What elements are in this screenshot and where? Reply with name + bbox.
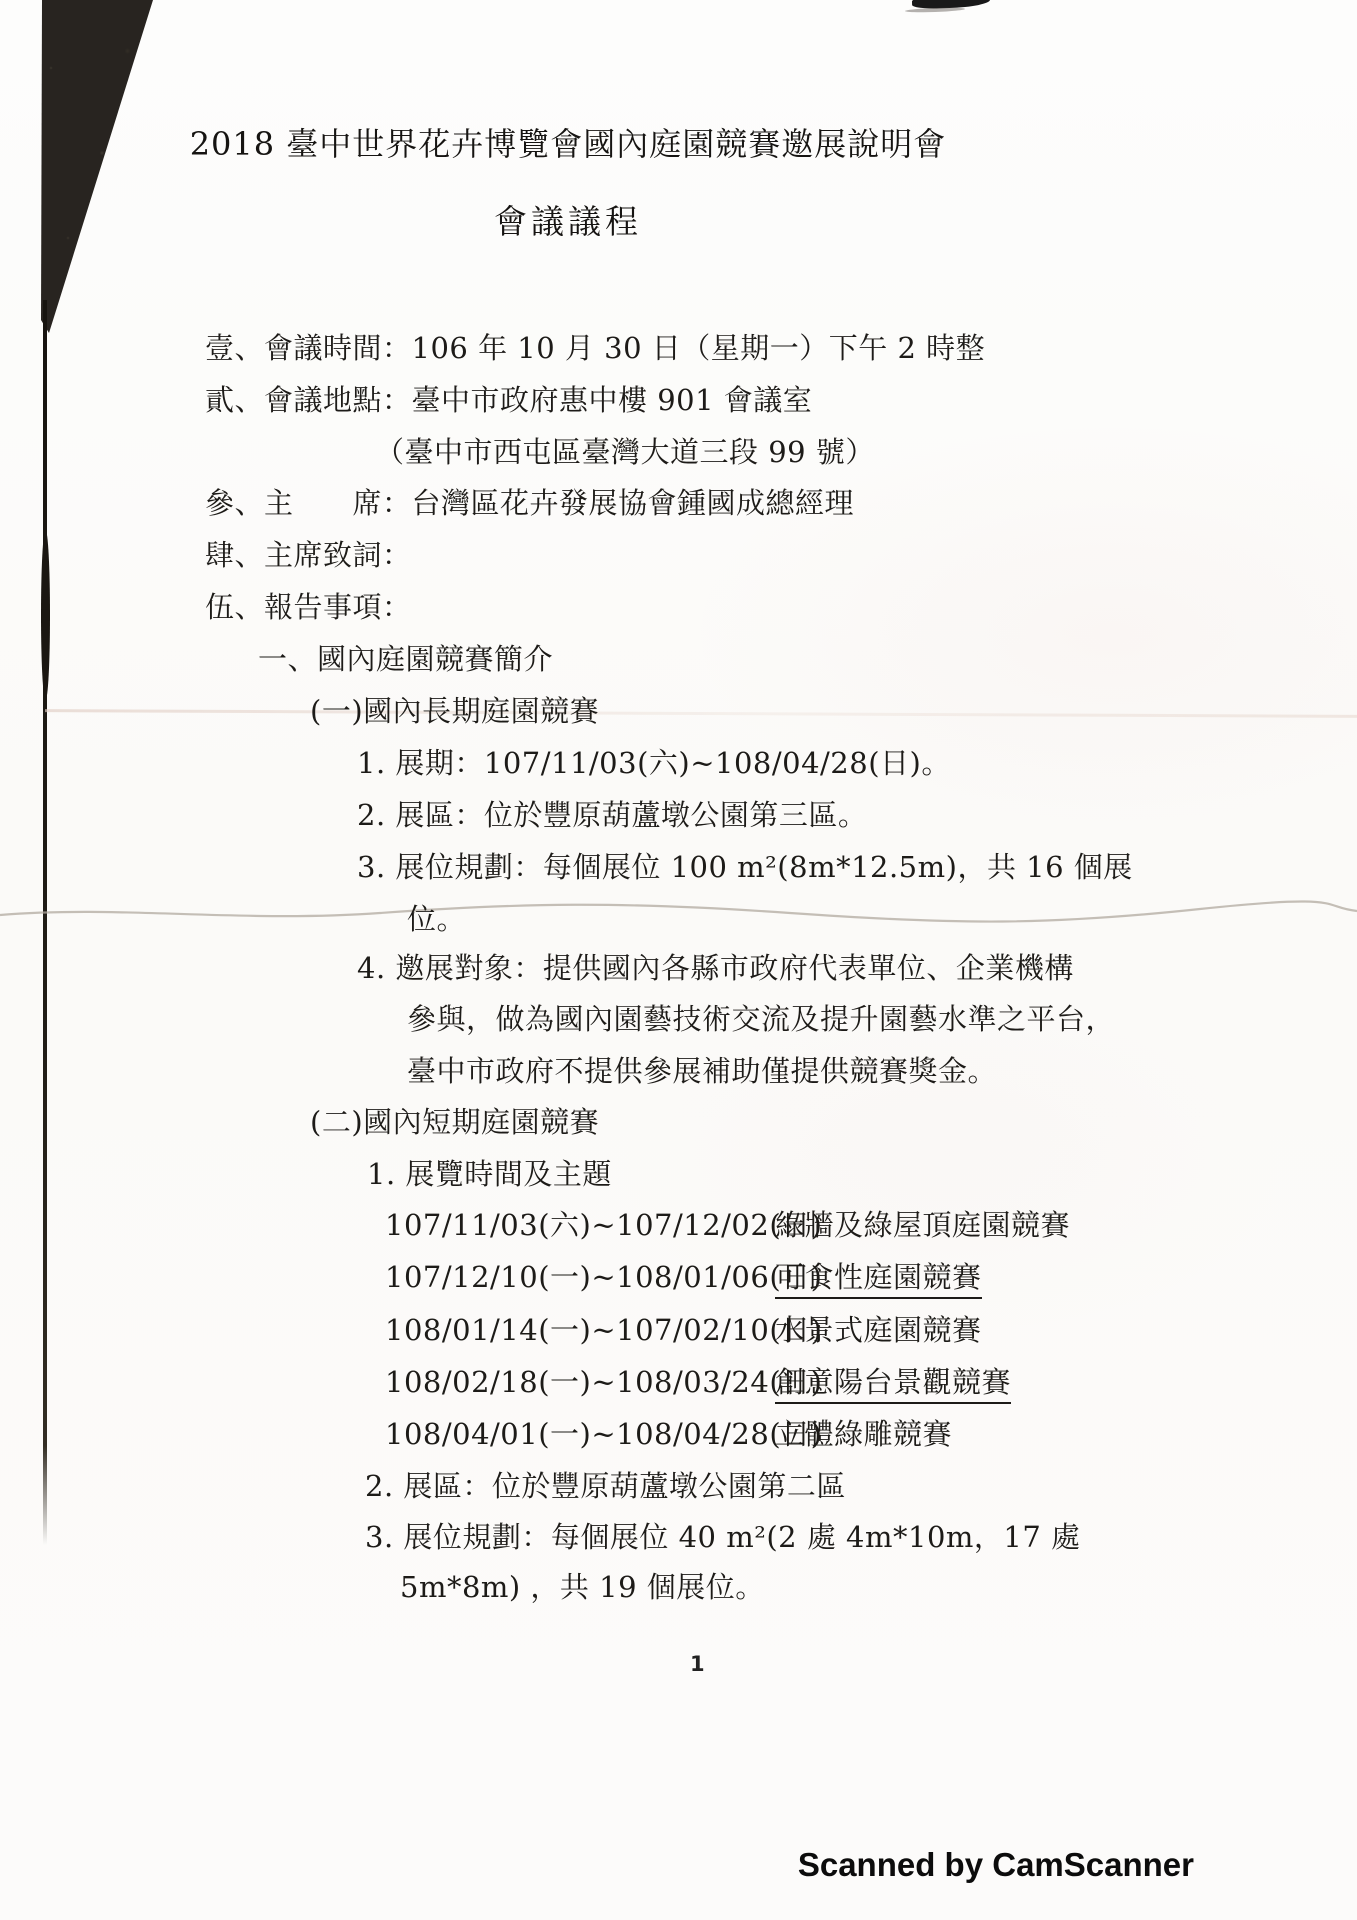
chairman-speech-line: 肆、主席致詞： <box>205 539 412 572</box>
intro-heading: 一、國內庭園競賽簡介 <box>258 643 553 676</box>
scan-corner-shadow <box>0 0 170 340</box>
long-term-invite-line3: 臺中市政府不提供參展補助僅提供競賽獎金。 <box>407 1055 997 1088</box>
long-term-invite-line2: 參與，做為國內園藝技術交流及提升園藝水準之平台， <box>407 1003 1115 1036</box>
schedule-dates: 107/11/03(六)~107/12/02(日) <box>385 1209 775 1242</box>
document-subtitle: 會議議程 <box>0 203 1136 241</box>
short-term-schedule-heading: 1. 展覽時間及主題 <box>367 1158 612 1191</box>
schedule-theme: 水景式庭園競賽 <box>775 1314 982 1347</box>
scanned-document-page: 2018 臺中世界花卉博覽會國內庭園競賽邀展說明會 會議議程 壹、會議時間：10… <box>0 0 1357 1920</box>
scan-left-edge-bulge <box>41 530 50 700</box>
camscanner-watermark: Scanned by CamScanner <box>798 1846 1194 1884</box>
short-term-booth-line2: 5m*8m) ，共 19 個展位。 <box>400 1571 765 1604</box>
long-term-heading: (一)國內長期庭園競賽 <box>310 695 599 728</box>
schedule-dates: 108/04/01(一)~108/04/28(日) <box>385 1418 775 1451</box>
schedule-theme: 綠牆及綠屋頂庭園競賽 <box>775 1209 1070 1242</box>
report-matters-line: 伍、報告事項： <box>205 591 412 624</box>
fold-crease-lower <box>0 893 1357 933</box>
schedule-theme: 立體綠雕競賽 <box>775 1418 952 1451</box>
schedule-dates: 107/12/10(一)~108/01/06(日) <box>385 1261 775 1294</box>
schedule-row: 108/01/14(一)~107/02/10(日)水景式庭園競賽 <box>385 1314 982 1347</box>
short-term-booth-line1: 3. 展位規劃：每個展位 40 m²(2 處 4m*10m，17 處 <box>365 1521 1081 1554</box>
long-term-area-line: 2. 展區：位於豐原葫蘆墩公園第三區。 <box>357 799 867 832</box>
schedule-row: 107/11/03(六)~107/12/02(日)綠牆及綠屋頂庭園競賽 <box>385 1209 1070 1242</box>
meeting-location-line: 貳、會議地點：臺中市政府惠中樓 901 會議室 <box>205 384 812 417</box>
short-term-area-line: 2. 展區：位於豐原葫蘆墩公園第二區 <box>365 1470 846 1503</box>
scan-top-smudge-shadow <box>905 7 965 13</box>
schedule-dates: 108/01/14(一)~107/02/10(日) <box>385 1314 775 1347</box>
schedule-row: 107/12/10(一)~108/01/06(日)可食性庭園競賽 <box>385 1261 982 1299</box>
fold-crease-upper <box>45 709 1357 718</box>
document-title: 2018 臺中世界花卉博覽會國內庭園競賽邀展說明會 <box>0 126 1136 163</box>
schedule-theme-underlined: 可食性庭園競賽 <box>775 1261 982 1299</box>
schedule-row: 108/04/01(一)~108/04/28(日)立體綠雕競賽 <box>385 1418 952 1451</box>
long-term-booth-line2: 位。 <box>407 903 466 936</box>
schedule-row: 108/02/18(一)~108/03/24(日)創意陽台景觀競賽 <box>385 1366 1011 1404</box>
chairman-line: 參、主 席：台灣區花卉發展協會鍾國成總經理 <box>205 487 854 520</box>
meeting-time-line: 壹、會議時間：106 年 10 月 30 日（星期一）下午 2 時整 <box>205 332 985 365</box>
meeting-address-line: （臺中市西屯區臺灣大道三段 99 號） <box>375 436 875 469</box>
schedule-dates: 108/02/18(一)~108/03/24(日) <box>385 1366 775 1399</box>
long-term-period-line: 1. 展期：107/11/03(六)~108/04/28(日)。 <box>357 747 951 780</box>
page-number: 1 <box>690 1652 705 1676</box>
long-term-booth-line1: 3. 展位規劃：每個展位 100 m²(8m*12.5m)，共 16 個展 <box>357 851 1133 884</box>
schedule-theme-underlined: 創意陽台景觀競賽 <box>775 1366 1011 1404</box>
short-term-heading: (二)國內短期庭園競賽 <box>310 1106 599 1139</box>
long-term-invite-line1: 4. 邀展對象：提供國內各縣市政府代表單位、企業機構 <box>357 952 1074 985</box>
